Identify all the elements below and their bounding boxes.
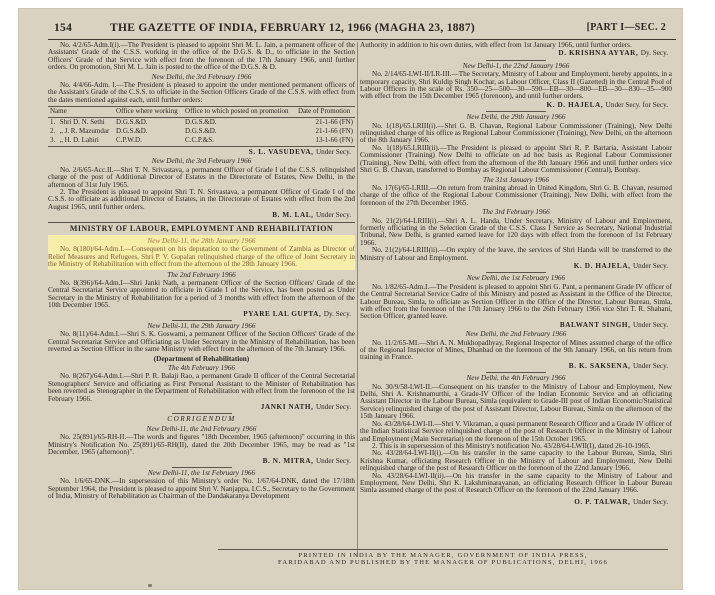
notification: Authority in addition to his own duties,… bbox=[360, 42, 672, 49]
divider bbox=[172, 320, 232, 321]
notification-date: New Delhi-11, the 1st February 1966 bbox=[48, 470, 355, 477]
notification-date: The 2nd February 1966 bbox=[48, 272, 355, 279]
table-row: 1. Shri D. N. Sethi D.G.S.&D. D.G.S.&D. … bbox=[48, 117, 355, 127]
promotion-table: Name Office where working Office to whic… bbox=[48, 106, 355, 147]
paper-smudge bbox=[148, 584, 152, 587]
printer-imprint: PRINTED IN INDIA BY THE MANAGER, GOVERNM… bbox=[218, 549, 668, 566]
page-number: 154 bbox=[54, 22, 72, 34]
divider bbox=[486, 372, 546, 373]
notification-date: New Delhi, the 1st February 1966 bbox=[360, 275, 672, 282]
left-column: No. 4/2/65-Adm.I(i).—The President is pl… bbox=[48, 42, 355, 501]
notification-date: New Delhi, the 29th January 1966 bbox=[360, 114, 672, 121]
table-row: 2. „ J. R. Mazumdar D.G.S.&D. D.G.S.&D. … bbox=[48, 127, 355, 136]
signature: JANKI NATH, Under Secy. bbox=[48, 404, 351, 411]
notification: No. 30/9/58-LWI-II.—Consequent on his tr… bbox=[360, 384, 672, 421]
highlighted-notification[interactable]: New Delhi-11, the 28th January 1966 No. … bbox=[48, 235, 355, 270]
notification: No. 25(891)/65-RH-II.—The words and figu… bbox=[48, 434, 355, 456]
gazette-title: THE GAZETTE OF INDIA, FEBRUARY 12, 1966 … bbox=[110, 22, 475, 34]
notification-date: New Delhi, the 3rd February 1966 bbox=[48, 158, 355, 165]
page-header: 154 THE GAZETTE OF INDIA, FEBRUARY 12, 1… bbox=[54, 22, 674, 36]
notification: No. 8(180)/64-Adm.I.—Consequent on his d… bbox=[48, 246, 355, 268]
notification: No. 1/6/65-DNK.—In supersession of this … bbox=[48, 478, 355, 500]
notification-date: New Delhi-11, the 28th January 1966 bbox=[48, 238, 355, 245]
signature: K. D. HAJELA, Under Secy. bbox=[360, 263, 668, 270]
notification: No. 4/4/66-Adm. I.—The President is plea… bbox=[48, 82, 355, 104]
notification: No. 8(11)/64-Adm.I.—Shri S. K. Goswami, … bbox=[48, 331, 355, 353]
notification: No. 4/2/65-Adm.I(i).—The President is pl… bbox=[48, 42, 355, 72]
notification-date: New Delhi, the 3rd February 1966 bbox=[48, 74, 355, 81]
notification: No. 8(267)/64-Adm.I.—Shri P. R. Balaji R… bbox=[48, 373, 355, 403]
col-header-date: Date of Promotion bbox=[296, 107, 355, 117]
signature: BALWANT SINGH, Under Secy. bbox=[360, 322, 668, 329]
signature: K. D. HAJELA, Under Secy. for Secy. bbox=[360, 102, 668, 109]
part-section: [PART I—SEC. 2 bbox=[587, 22, 666, 33]
notification: No. 43/28/64-LWI-II(ii).—On his transfer… bbox=[360, 473, 672, 495]
notification: No. 11/2/65-MI.—Shri A. N. Mukhopadhyay,… bbox=[360, 340, 672, 362]
gazette-page: 154 THE GAZETTE OF INDIA, FEBRUARY 12, 1… bbox=[18, 8, 683, 590]
notification: No. 21(2)/64-LRIII(i).—Shri A. L. Handa,… bbox=[360, 218, 672, 248]
table-row: 3. „ H. D. Lahiri C.P.W.D. C.C.P.&S. 13-… bbox=[48, 136, 355, 146]
col-header-posted: Office to which posted on promotion bbox=[183, 107, 296, 117]
signature: S. L. VASUDEVA, Under Secy. bbox=[48, 149, 351, 156]
notification: No. 1/82/65-Adm.I.—The President is plea… bbox=[360, 284, 672, 321]
notification: 2. The President is pleased to appoint S… bbox=[48, 189, 355, 211]
notification-date: New Delhi-1, the 22nd January 1966 bbox=[360, 63, 672, 70]
col-header-working: Office where working bbox=[114, 107, 183, 117]
header-rule bbox=[48, 39, 676, 40]
signature: PYARE LAL GUPTA, Dy. Secy. bbox=[48, 311, 351, 318]
notification-date: New Delhi, the 2nd February 1966 bbox=[360, 331, 672, 338]
column-divider bbox=[357, 42, 358, 557]
notification: No. 2/6/65-Acc.II.—Shri T. N. Srivastava… bbox=[48, 167, 355, 189]
notification-date: The 31st January 1966 bbox=[360, 177, 672, 184]
notification-date: New Delhi-11, the 2nd February 1966 bbox=[48, 426, 355, 433]
signature: D. KRISHNA AYYAR, Dy. Secy. bbox=[360, 50, 668, 57]
notification-date: The 4th February 1966 bbox=[48, 365, 355, 372]
signature: O. P. TALWAR, Under Secy. bbox=[360, 499, 668, 506]
notification: No. 8(396)/64-Adm.I—Shri Janki Nath, a p… bbox=[48, 280, 355, 310]
notification: No. 1(18)/65.LRIII(i).—Shri G. B. Chavan… bbox=[360, 123, 672, 145]
divider bbox=[486, 111, 546, 112]
notification: No. 43/28/64-LWI-II.—Shri V. Vikraman, a… bbox=[360, 421, 672, 443]
notification-date: New Delhi-11, the 29th January 1966 bbox=[48, 323, 355, 330]
notification-date: The 3rd February 1966 bbox=[360, 209, 672, 216]
notification-date: New Delhi, the 4th February 1966 bbox=[360, 375, 672, 382]
col-header-name: Name bbox=[48, 107, 114, 117]
signature: B. M. LAL, Under Secy. bbox=[48, 212, 351, 219]
department-heading: (Department of Rehabilitation) bbox=[48, 356, 355, 363]
notification: No. 21(2)/64-LRIII(ii).—On expiry of the… bbox=[360, 247, 672, 262]
right-column: Authority in addition to his own duties,… bbox=[360, 42, 672, 507]
notification: No. 2/14/65-LWI-II/LR-III.—The Secretary… bbox=[360, 71, 672, 101]
notification: No. 43/28/64-LWI-II(i).—On his transfer … bbox=[360, 450, 672, 472]
ministry-heading: MINISTRY OF LABOUR, EMPLOYMENT AND REHAB… bbox=[48, 222, 355, 233]
notification: No. 17(6)/65-LRIII.—On return from train… bbox=[360, 185, 672, 207]
divider bbox=[486, 60, 546, 61]
notification: No. 1(18)/65.LRIII(ii).—The President is… bbox=[360, 145, 672, 175]
divider bbox=[172, 467, 232, 468]
divider bbox=[486, 272, 546, 273]
signature: B. N. MITRA, Under Secy. bbox=[48, 458, 351, 465]
signature: B. K. SAKSENA, Under Secy. bbox=[360, 363, 668, 370]
divider bbox=[172, 413, 232, 414]
corrigendum-heading: CORRIGENDUM bbox=[48, 416, 355, 423]
